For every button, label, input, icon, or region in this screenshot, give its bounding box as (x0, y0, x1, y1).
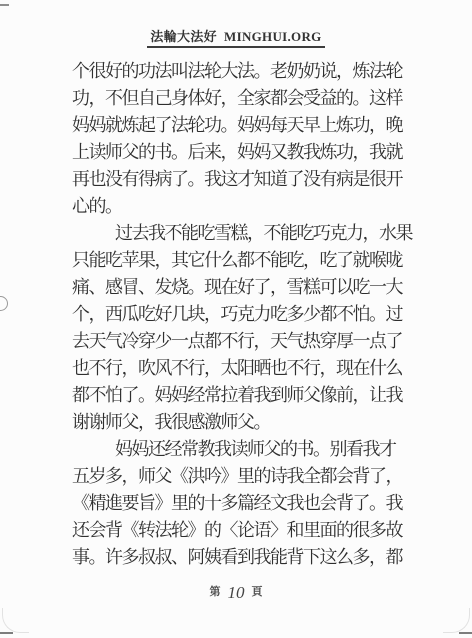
footer-page-marker-suffix: 頁 (252, 586, 263, 598)
text-line: 再也没有得病了。我这才知道了没有病是很开 (72, 166, 417, 193)
text-line: 五岁多，师父《洪吟》里的诗我全都会背了， (72, 463, 417, 490)
body-text: 个很好的功法叫法轮大法。老奶奶说，炼法轮 功，不但自己身体好，全家都会受益的。这… (72, 58, 417, 571)
text-line: 谢谢师父，我很感激师父。 (72, 409, 417, 436)
text-line: 去天气冷穿少一点都不行，天气热穿厚一点了 (72, 328, 417, 355)
scan-artifact-corner-bottom-right (443, 608, 470, 633)
text-line: 痛、感冒、发烧。现在好了，雪糕可以吃一大 (72, 274, 417, 301)
text-line: 都不怕了。妈妈经常拉着我到师父像前，让我 (72, 382, 417, 409)
scan-artifact-left-ring (0, 296, 8, 311)
text-line: 妈妈就炼起了法轮功。妈妈每天早上炼功，晚 (72, 112, 417, 139)
text-line-paragraph-start: 妈妈还经常教我读师父的书。别看我才 (72, 436, 417, 463)
header-title: 法輪大法好 MINGHUI.ORG (147, 26, 324, 48)
scan-artifact-corner-bottom-left (2, 608, 29, 633)
text-line: 只能吃苹果，其它什么都不能吃，吃了就喉咙 (72, 247, 417, 274)
text-line: 《精進要旨》里的十多篇经文我也会背了。我 (72, 490, 417, 517)
text-line: 上读师父的书。后来，妈妈又教我炼功，我就 (72, 139, 417, 166)
page-header: 法輪大法好 MINGHUI.ORG (0, 26, 472, 48)
footer-page-number: 10 (228, 583, 245, 602)
text-line: 还会背《转法轮》的〈论语〉和里面的很多故 (72, 517, 417, 544)
text-line-paragraph-start: 过去我不能吃雪糕，不能吃巧克力，水果 (72, 220, 417, 247)
footer-page-marker-prefix: 第 (210, 586, 221, 598)
text-line: 个很好的功法叫法轮大法。老奶奶说，炼法轮 (72, 58, 417, 85)
page-footer: 第10頁 (0, 583, 472, 603)
scan-artifact-bottom-left (0, 632, 13, 634)
text-line: 功，不但自己身体好，全家都会受益的。这样 (72, 85, 417, 112)
text-line: 也不行，吹风不行，太阳晒也不行，现在什么 (72, 355, 417, 382)
text-line: 个，西瓜吃好几块，巧克力吃多少都不怕。过 (72, 301, 417, 328)
text-line: 心的。 (72, 193, 417, 220)
scan-artifact-bottom-right (459, 632, 472, 634)
text-line: 事。许多叔叔、阿姨看到我能背下这么多，都 (72, 544, 417, 571)
scanned-document-page: 法輪大法好 MINGHUI.ORG 个很好的功法叫法轮大法。老奶奶说，炼法轮 功… (0, 0, 472, 638)
scan-artifact-top-left (0, 4, 9, 6)
